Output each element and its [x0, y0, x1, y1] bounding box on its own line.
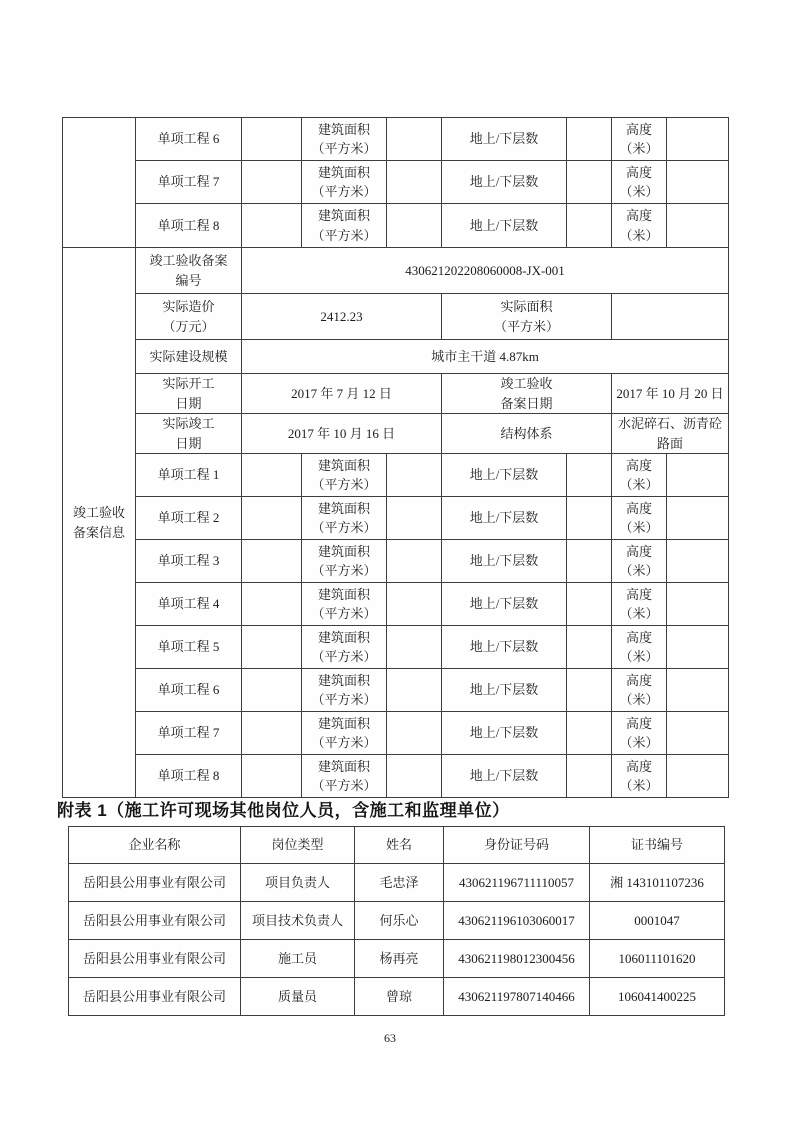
- floors-label: 地上/下层数: [442, 454, 567, 497]
- area-label: 建筑面积 （平方米）: [302, 497, 387, 540]
- area-label: 建筑面积 （平方米）: [302, 161, 387, 204]
- company-cell: 岳阳县公用事业有限公司: [69, 940, 241, 978]
- floors-value: [567, 755, 612, 798]
- actual-scale-label: 实际建设规模: [136, 340, 242, 374]
- id-number-cell: 430621197807140466: [444, 978, 590, 1016]
- floors-label: 地上/下层数: [442, 583, 567, 626]
- floors-value: [567, 669, 612, 712]
- actual-cost-value: 2412.23: [242, 294, 442, 340]
- sub-project-value: [242, 583, 302, 626]
- floors-label: 地上/下层数: [442, 161, 567, 204]
- area-value: [387, 669, 442, 712]
- area-value: [387, 626, 442, 669]
- sub-project-label: 单项工程 2: [136, 497, 242, 540]
- record-date-value: 2017 年 10 月 20 日: [612, 374, 729, 414]
- floors-label: 地上/下层数: [442, 669, 567, 712]
- id-number-cell: 430621196103060017: [444, 902, 590, 940]
- table-row: 单项工程 8建筑面积 （平方米）地上/下层数高度 （米）: [63, 204, 729, 248]
- height-label: 高度 （米）: [612, 118, 667, 161]
- company-cell: 岳阳县公用事业有限公司: [69, 864, 241, 902]
- actual-start-label: 实际开工 日期: [136, 374, 242, 414]
- table-row: 单项工程 3建筑面积 （平方米）地上/下层数高度 （米）: [63, 540, 729, 583]
- table-row: 岳阳县公用事业有限公司施工员杨再亮43062119801230045610601…: [69, 940, 725, 978]
- height-value: [667, 583, 729, 626]
- floors-label: 地上/下层数: [442, 712, 567, 755]
- sub-project-label: 单项工程 4: [136, 583, 242, 626]
- floors-value: [567, 712, 612, 755]
- table-row: 单项工程 8建筑面积 （平方米）地上/下层数高度 （米）: [63, 755, 729, 798]
- table-row: 单项工程 7建筑面积 （平方米）地上/下层数高度 （米）: [63, 161, 729, 204]
- area-value: [387, 204, 442, 248]
- height-value: [667, 755, 729, 798]
- record-date-label: 竣工验收 备案日期: [442, 374, 612, 414]
- table-row: 岳阳县公用事业有限公司质量员曾琼430621197807140466106041…: [69, 978, 725, 1016]
- area-value: [387, 583, 442, 626]
- actual-finish-value: 2017 年 10 月 16 日: [242, 414, 442, 454]
- area-value: [387, 755, 442, 798]
- actual-area-value: [612, 294, 729, 340]
- actual-area-label: 实际面积 （平方米）: [442, 294, 612, 340]
- actual-scale-value: 城市主干道 4.87km: [242, 340, 729, 374]
- table-row: 单项工程 5建筑面积 （平方米）地上/下层数高度 （米）: [63, 626, 729, 669]
- sub-project-label: 单项工程 7: [136, 712, 242, 755]
- height-label: 高度 （米）: [612, 204, 667, 248]
- record-no-label: 竣工验收备案 编号: [136, 248, 242, 294]
- certificate-cell: 0001047: [590, 902, 725, 940]
- floors-label: 地上/下层数: [442, 540, 567, 583]
- sub-project-value: [242, 497, 302, 540]
- page-number: 63: [0, 1031, 780, 1046]
- area-value: [387, 118, 442, 161]
- area-value: [387, 497, 442, 540]
- height-label: 高度 （米）: [612, 755, 667, 798]
- height-label: 高度 （米）: [612, 669, 667, 712]
- height-label: 高度 （米）: [612, 626, 667, 669]
- floors-label: 地上/下层数: [442, 118, 567, 161]
- certificate-cell: 106041400225: [590, 978, 725, 1016]
- floors-value: [567, 161, 612, 204]
- sub-project-value: [242, 204, 302, 248]
- role-cell: 施工员: [241, 940, 355, 978]
- name-cell: 曾琼: [355, 978, 444, 1016]
- floors-label: 地上/下层数: [442, 204, 567, 248]
- area-label: 建筑面积 （平方米）: [302, 755, 387, 798]
- floors-value: [567, 540, 612, 583]
- table-row: 单项工程 1建筑面积 （平方米）地上/下层数高度 （米）: [63, 454, 729, 497]
- id-number-cell: 430621196711110057: [444, 864, 590, 902]
- floors-value: [567, 497, 612, 540]
- area-label: 建筑面积 （平方米）: [302, 712, 387, 755]
- table-row: 实际建设规模城市主干道 4.87km: [63, 340, 729, 374]
- height-value: [667, 626, 729, 669]
- floors-value: [567, 583, 612, 626]
- company-cell: 岳阳县公用事业有限公司: [69, 902, 241, 940]
- column-header: 企业名称: [69, 827, 241, 864]
- height-label: 高度 （米）: [612, 161, 667, 204]
- area-label: 建筑面积 （平方米）: [302, 454, 387, 497]
- record-no-value: 430621202208060008-JX-001: [242, 248, 729, 294]
- floors-label: 地上/下层数: [442, 497, 567, 540]
- area-value: [387, 540, 442, 583]
- table-row: 单项工程 4建筑面积 （平方米）地上/下层数高度 （米）: [63, 583, 729, 626]
- certificate-cell: 湘 143101107236: [590, 864, 725, 902]
- table-row: 实际开工 日期2017 年 7 月 12 日竣工验收 备案日期2017 年 10…: [63, 374, 729, 414]
- structure-label: 结构体系: [442, 414, 612, 454]
- actual-finish-label: 实际竣工 日期: [136, 414, 242, 454]
- floors-value: [567, 204, 612, 248]
- name-cell: 杨再亮: [355, 940, 444, 978]
- area-label: 建筑面积 （平方米）: [302, 204, 387, 248]
- sub-project-value: [242, 540, 302, 583]
- document-page: 单项工程 6建筑面积 （平方米）地上/下层数高度 （米）单项工程 7建筑面积 （…: [0, 0, 793, 1121]
- height-value: [667, 540, 729, 583]
- column-header: 证书编号: [590, 827, 725, 864]
- height-value: [667, 669, 729, 712]
- sub-project-label: 单项工程 6: [136, 118, 242, 161]
- sub-project-value: [242, 755, 302, 798]
- sub-project-label: 单项工程 3: [136, 540, 242, 583]
- floors-label: 地上/下层数: [442, 755, 567, 798]
- height-label: 高度 （米）: [612, 454, 667, 497]
- sub-project-value: [242, 626, 302, 669]
- area-label: 建筑面积 （平方米）: [302, 669, 387, 712]
- completion-record-table: 单项工程 6建筑面积 （平方米）地上/下层数高度 （米）单项工程 7建筑面积 （…: [62, 117, 729, 798]
- column-header: 身份证号码: [444, 827, 590, 864]
- sub-project-value: [242, 161, 302, 204]
- role-cell: 项目负责人: [241, 864, 355, 902]
- role-cell: 项目技术负责人: [241, 902, 355, 940]
- area-label: 建筑面积 （平方米）: [302, 626, 387, 669]
- height-value: [667, 497, 729, 540]
- height-label: 高度 （米）: [612, 497, 667, 540]
- height-value: [667, 161, 729, 204]
- actual-start-value: 2017 年 7 月 12 日: [242, 374, 442, 414]
- id-number-cell: 430621198012300456: [444, 940, 590, 978]
- actual-cost-label: 实际造价 （万元）: [136, 294, 242, 340]
- section-label: 竣工验收 备案信息: [63, 248, 136, 798]
- sub-project-label: 单项工程 7: [136, 161, 242, 204]
- sub-project-label: 单项工程 8: [136, 755, 242, 798]
- floors-label: 地上/下层数: [442, 626, 567, 669]
- floors-value: [567, 454, 612, 497]
- company-cell: 岳阳县公用事业有限公司: [69, 978, 241, 1016]
- area-value: [387, 161, 442, 204]
- floors-value: [567, 118, 612, 161]
- floors-value: [567, 626, 612, 669]
- table-row: 竣工验收 备案信息竣工验收备案 编号430621202208060008-JX-…: [63, 248, 729, 294]
- table-row: 实际造价 （万元）2412.23实际面积 （平方米）: [63, 294, 729, 340]
- column-header: 岗位类型: [241, 827, 355, 864]
- role-cell: 质量员: [241, 978, 355, 1016]
- table-row: 岳阳县公用事业有限公司项目技术负责人何乐心4306211961030600170…: [69, 902, 725, 940]
- sub-project-value: [242, 669, 302, 712]
- area-label: 建筑面积 （平方米）: [302, 540, 387, 583]
- height-label: 高度 （米）: [612, 712, 667, 755]
- sub-project-label: 单项工程 8: [136, 204, 242, 248]
- height-value: [667, 454, 729, 497]
- area-value: [387, 454, 442, 497]
- area-label: 建筑面积 （平方米）: [302, 118, 387, 161]
- column-header: 姓名: [355, 827, 444, 864]
- table-row: 单项工程 7建筑面积 （平方米）地上/下层数高度 （米）: [63, 712, 729, 755]
- sub-project-label: 单项工程 1: [136, 454, 242, 497]
- table-row: 单项工程 2建筑面积 （平方米）地上/下层数高度 （米）: [63, 497, 729, 540]
- table-row: 单项工程 6建筑面积 （平方米）地上/下层数高度 （米）: [63, 118, 729, 161]
- area-value: [387, 712, 442, 755]
- height-label: 高度 （米）: [612, 583, 667, 626]
- sub-project-value: [242, 712, 302, 755]
- height-value: [667, 204, 729, 248]
- table-row: 岳阳县公用事业有限公司项目负责人毛忠泽430621196711110057湘 1…: [69, 864, 725, 902]
- table-row: 实际竣工 日期2017 年 10 月 16 日结构体系水泥碎石、沥青砼路面: [63, 414, 729, 454]
- height-label: 高度 （米）: [612, 540, 667, 583]
- name-cell: 毛忠泽: [355, 864, 444, 902]
- appendix-staff-table: 企业名称岗位类型姓名身份证号码证书编号岳阳县公用事业有限公司项目负责人毛忠泽43…: [68, 826, 725, 1016]
- appendix-header-row: 企业名称岗位类型姓名身份证号码证书编号: [69, 827, 725, 864]
- sub-project-value: [242, 118, 302, 161]
- height-value: [667, 712, 729, 755]
- sub-project-label: 单项工程 6: [136, 669, 242, 712]
- appendix-title: 附表 1（施工许可现场其他岗位人员，含施工和监理单位）: [57, 796, 757, 821]
- table-row: 单项工程 6建筑面积 （平方米）地上/下层数高度 （米）: [63, 669, 729, 712]
- prev-section-group-cell: [63, 118, 136, 248]
- sub-project-value: [242, 454, 302, 497]
- structure-value: 水泥碎石、沥青砼路面: [612, 414, 729, 454]
- name-cell: 何乐心: [355, 902, 444, 940]
- height-value: [667, 118, 729, 161]
- area-label: 建筑面积 （平方米）: [302, 583, 387, 626]
- sub-project-label: 单项工程 5: [136, 626, 242, 669]
- certificate-cell: 106011101620: [590, 940, 725, 978]
